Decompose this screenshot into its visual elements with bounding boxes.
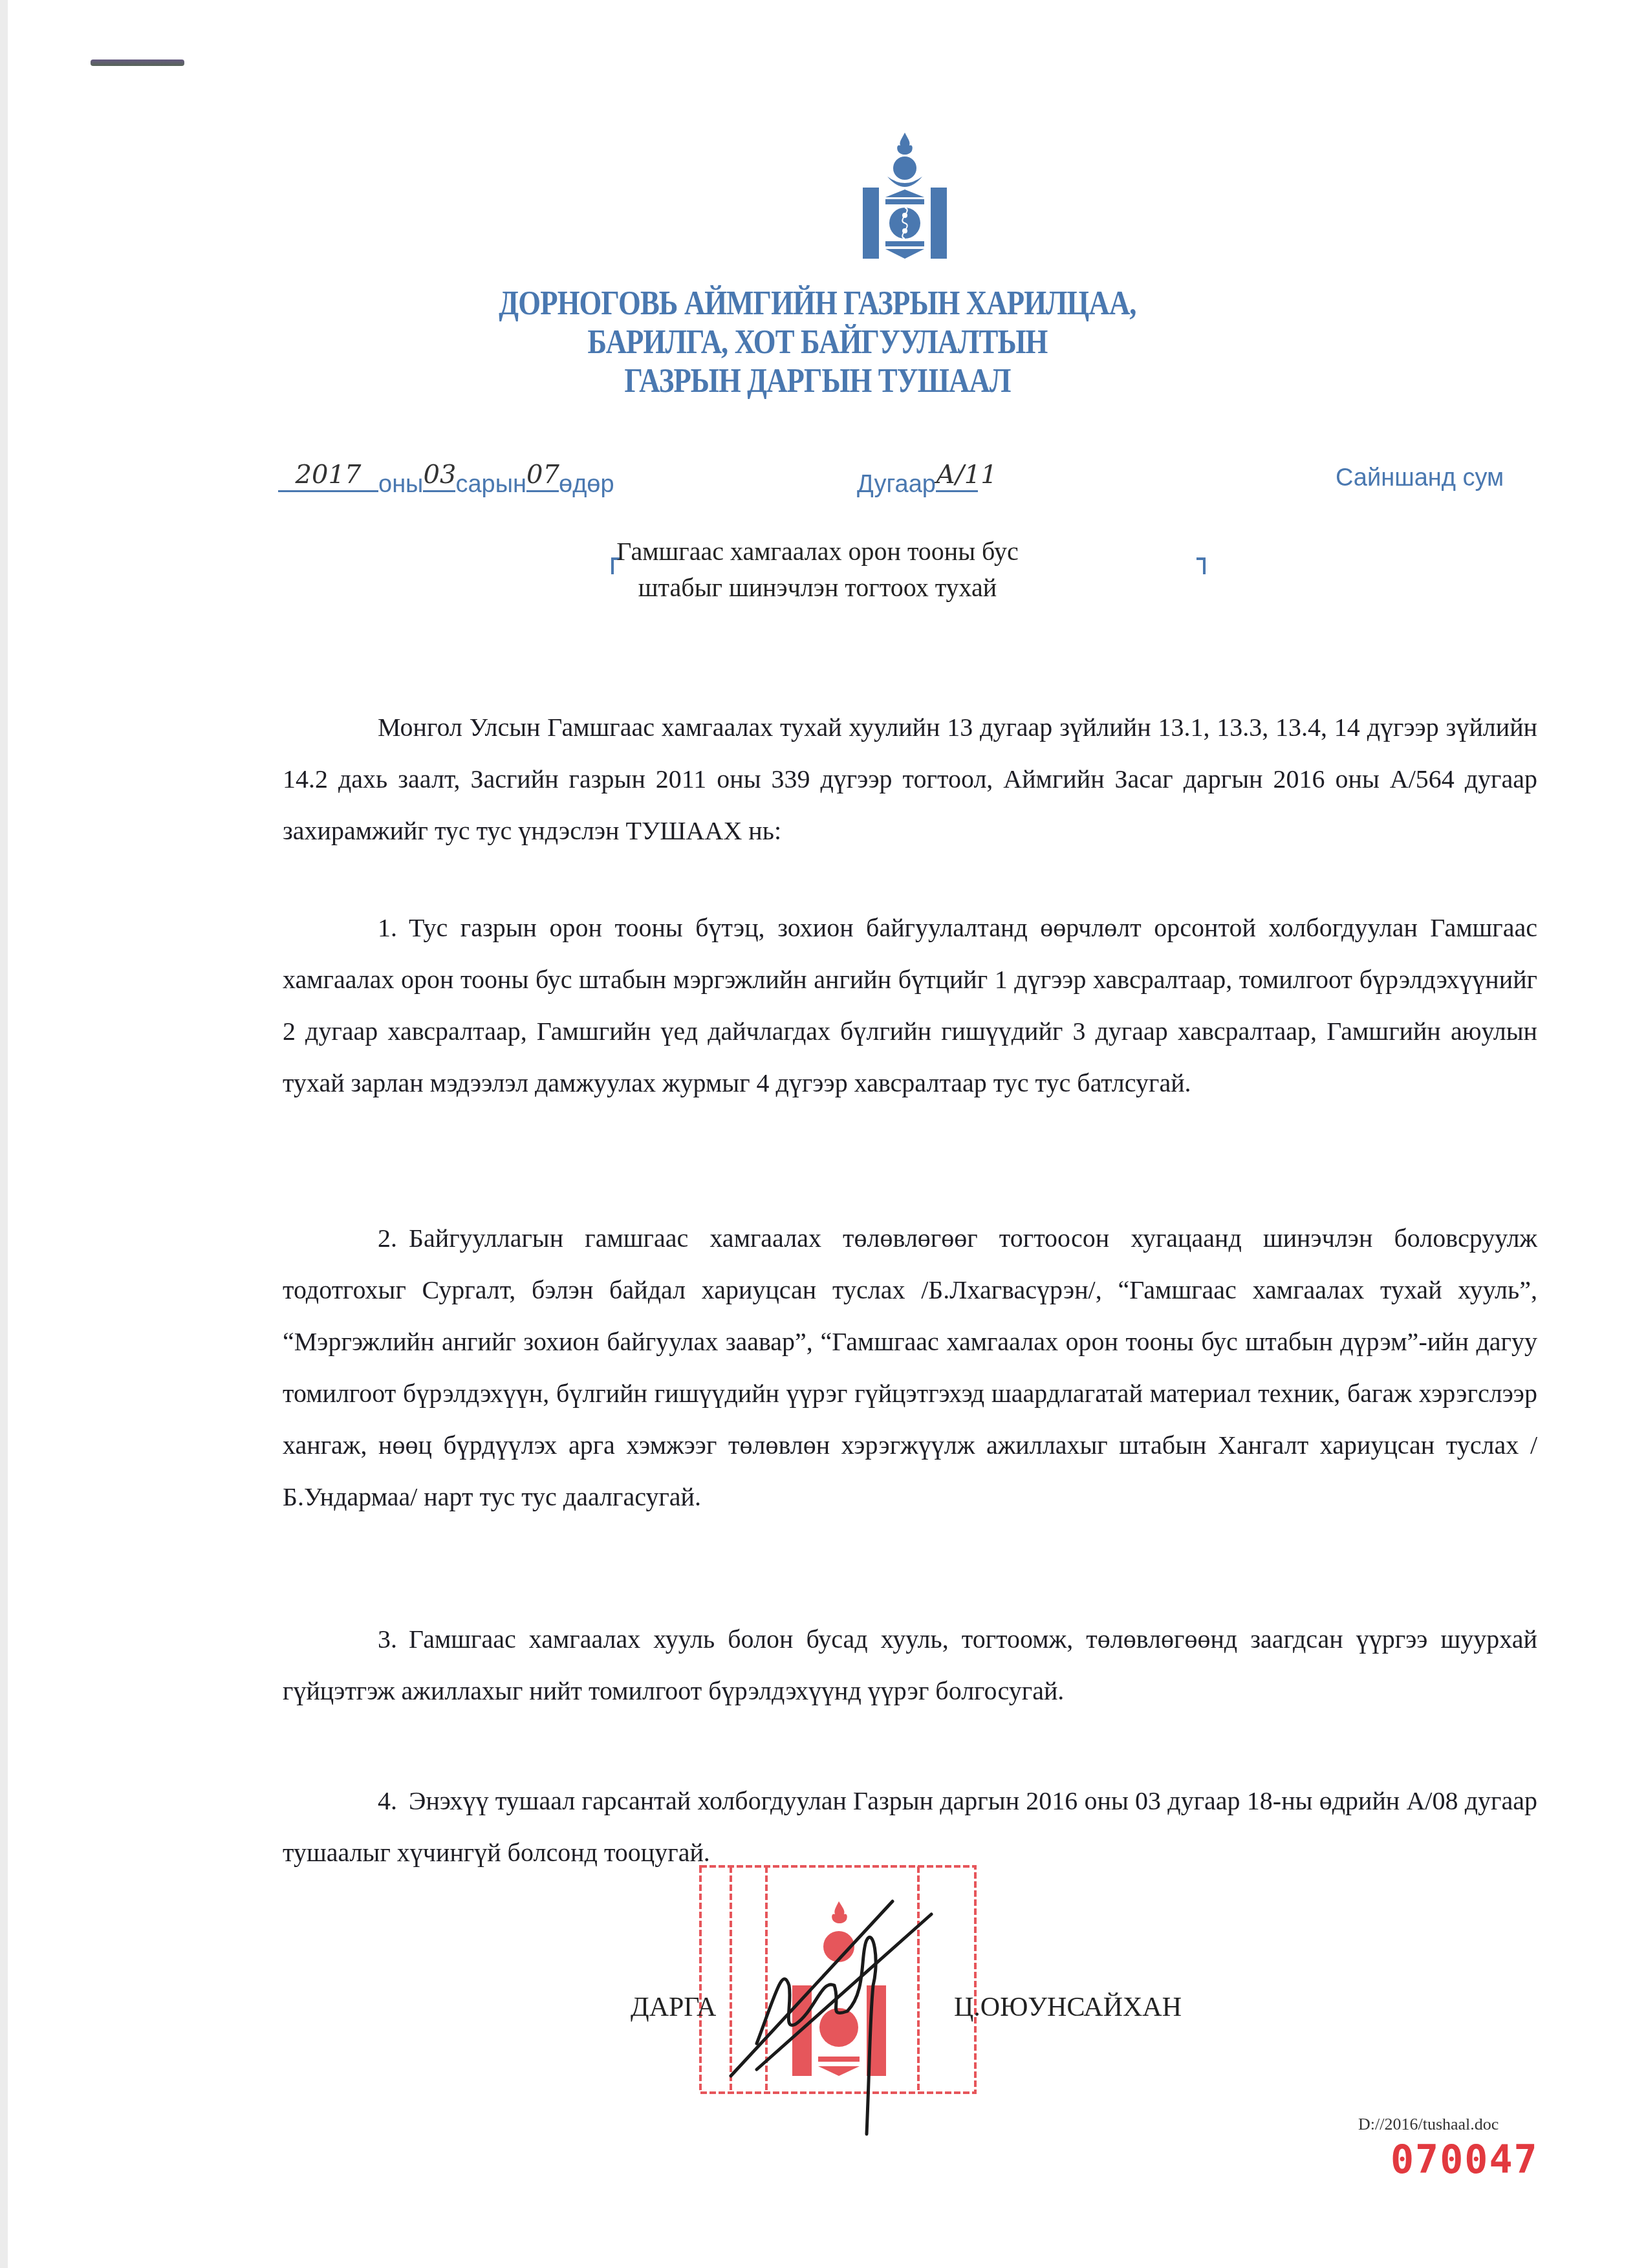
serial-number: 070047: [1391, 2137, 1539, 2183]
scan-page-edge: [0, 0, 8, 2268]
number-label: Дугаар: [857, 471, 936, 498]
preamble-paragraph: Монгол Улсын Гамшгаас хамгаалах тухай ху…: [283, 702, 1537, 857]
document-date: 2017оны03сарын07өдөр: [278, 464, 614, 499]
org-title-line-2: БАРИЛГА, ХОТ БАЙГУУЛАЛТЫН: [114, 323, 1521, 362]
soyombo-emblem-icon: [863, 133, 947, 262]
item-text: Энэхүү тушаал гарсантай холбогдуулан Газ…: [283, 1786, 1537, 1867]
order-item-3: 3.Гамшгаас хамгаалах хууль болон бусад х…: [283, 1614, 1537, 1717]
date-year-label: оны: [378, 471, 423, 498]
date-day-label: өдөр: [559, 471, 614, 498]
subject-line-2: штабыг шинэчлэн тогтоох тухай: [0, 570, 1635, 606]
item-number: 2.: [378, 1224, 397, 1253]
item-text: Тус газрын орон тооны бүтэц, зохион байг…: [283, 913, 1537, 1097]
signatory-name: Ц.ОЮУНСАЙХАН: [954, 1992, 1182, 2023]
org-title-line-1: ДОРНОГОВЬ АЙМГИЙН ГАЗРЫН ХАРИЛЦАА,: [114, 285, 1521, 323]
date-month-field: 03: [423, 464, 455, 492]
document-number: ДугаарА/11: [857, 464, 978, 499]
subject-line-1: Гамшгаас хамгаалах орон тооны бус: [0, 534, 1635, 570]
order-item-1: 1.Тус газрын орон тооны бүтэц, зохион ба…: [283, 902, 1537, 1109]
order-item-2: 2.Байгууллагын гамшгаас хамгаалах төлөвл…: [283, 1213, 1537, 1523]
item-number: 3.: [378, 1625, 397, 1654]
item-text: Байгууллагын гамшгаас хамгаалах төлөвлөг…: [283, 1224, 1537, 1511]
file-path: D://2016/tushaal.doc: [1358, 2115, 1499, 2134]
date-day-field: 07: [526, 464, 559, 492]
date-month-label: сарын: [455, 471, 526, 498]
signatory-title: ДАРГА: [631, 1992, 716, 2023]
number-field: А/11: [936, 464, 978, 492]
document-subject: Гамшгаас хамгаалах орон тооны бус штабыг…: [0, 534, 1635, 606]
item-number: 1.: [378, 913, 397, 942]
org-title-line-3: ГАЗРЫН ДАРГЫН ТУШААЛ: [114, 362, 1521, 401]
document-place: Сайншанд сум: [1336, 464, 1504, 492]
date-year-field: 2017: [278, 464, 378, 492]
scan-corner-mark: [91, 59, 184, 66]
organization-title: ДОРНОГОВЬ АЙМГИЙН ГАЗРЫН ХАРИЛЦАА, БАРИЛ…: [114, 285, 1521, 401]
item-text: Гамшгаас хамгаалах хууль болон бусад хуу…: [283, 1625, 1537, 1705]
item-number: 4.: [378, 1786, 397, 1815]
signature-scribble: [686, 1875, 1074, 2173]
